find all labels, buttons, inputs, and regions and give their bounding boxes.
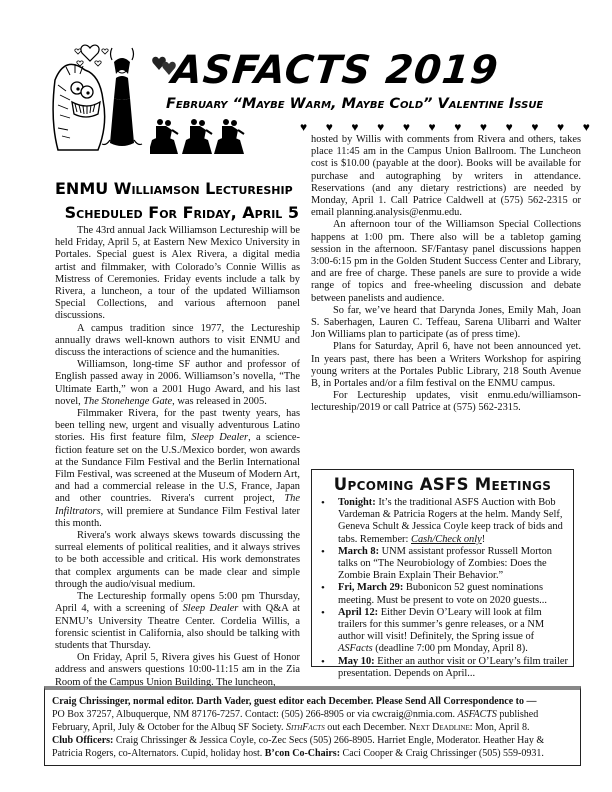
- article-paragraph: Plans for Saturday, April 6, have not be…: [311, 341, 581, 390]
- heart-icon: ♥: [351, 120, 358, 135]
- footer-line-3: February, April, July & October for the …: [52, 721, 574, 734]
- editor-credits: Craig Chrissinger, normal editor. Darth …: [52, 696, 537, 707]
- heart-icon: ♥: [531, 120, 538, 135]
- footer-line-2: PO Box 37257, Albuquerque, NM 87176-7257…: [52, 708, 574, 721]
- article-paragraph: An afternoon tour of the Williamson Spec…: [311, 219, 581, 304]
- article-paragraph: Williamson, long-time SF author and prof…: [55, 359, 300, 408]
- article-paragraph: On Friday, April 5, Rivera gives his Gue…: [55, 652, 300, 689]
- heart-icon: ♥: [326, 120, 333, 135]
- article-paragraph: A campus tradition since 1977, the Lectu…: [55, 323, 300, 360]
- issue-subtitle: February “Maybe Warm, Maybe Cold” Valent…: [166, 96, 543, 112]
- bcon-cochairs-label: B’con Co-Chairs:: [265, 748, 340, 759]
- publication-name: ASFACTS: [458, 709, 497, 720]
- heart-icon: ♥: [480, 120, 487, 135]
- meeting-item: April 12: Either Devin O’Leary will look…: [338, 607, 569, 656]
- article-paragraph: Filmmaker Rivera, for the past twenty ye…: [55, 408, 300, 530]
- monster-and-vamp-cartoon-icon: [50, 40, 150, 152]
- meeting-date: Tonight:: [338, 497, 376, 508]
- upcoming-meetings-box: Upcoming ASFS Meetings Tonight: It’s the…: [311, 469, 574, 667]
- meetings-title: Upcoming ASFS Meetings: [316, 475, 569, 495]
- meeting-item: Tonight: It’s the traditional ASFS Aucti…: [338, 497, 569, 546]
- article-headline: ENMU Williamson Lectureship Scheduled Fo…: [55, 177, 305, 225]
- sithfacts-name: SithFacts: [286, 722, 325, 733]
- heart-icon: ♥: [377, 120, 384, 135]
- meeting-date: Fri, March 29:: [338, 582, 403, 593]
- heart-icon: ♥: [300, 120, 307, 135]
- next-deadline-label: Next Deadline: [409, 722, 470, 733]
- next-deadline-value: : Mon, April 8.: [470, 722, 530, 733]
- meeting-item: May 10: Either an author visit or O’Lear…: [338, 656, 569, 680]
- heart-icon: ♥: [429, 120, 436, 135]
- footer-line-1: Craig Chrissinger, normal editor. Darth …: [52, 695, 574, 708]
- article-paragraph: hosted by Willis with comments from Rive…: [311, 134, 581, 219]
- article-column-left: The 43rd annual Jack Williamson Lectures…: [55, 225, 300, 689]
- heart-icon: ♥: [403, 120, 410, 135]
- headline-line-2: Scheduled For Friday, April 5: [55, 201, 305, 225]
- heart-icon: ♥: [583, 120, 590, 135]
- article-column-right: hosted by Willis with comments from Rive…: [311, 134, 581, 415]
- article-paragraph: The 43rd annual Jack Williamson Lectures…: [55, 225, 300, 323]
- dancing-couples-silhouette-icon: [150, 118, 250, 156]
- meeting-item: Fri, March 29: Bubonicon 52 guest nomina…: [338, 582, 569, 606]
- meeting-date: March 8:: [338, 546, 379, 557]
- masthead-footer-box: Craig Chrissinger, normal editor. Darth …: [44, 686, 581, 766]
- footer-line-4: Club Officers: Craig Chrissinger & Jessi…: [52, 734, 574, 747]
- meeting-item: March 8: UNM assistant professor Russell…: [338, 546, 569, 583]
- meetings-list: Tonight: It’s the traditional ASFS Aucti…: [316, 497, 569, 680]
- article-paragraph: For Lectureship updates, visit enmu.edu/…: [311, 390, 581, 414]
- heart-icon: ♥: [506, 120, 513, 135]
- meeting-date: April 12:: [338, 607, 378, 618]
- article-paragraph: Rivera's work always skews towards discu…: [55, 530, 300, 591]
- heart-icon: ♥: [557, 120, 564, 135]
- headline-line-1: ENMU Williamson Lectureship: [55, 177, 305, 201]
- article-paragraph: So far, we’ve heard that Darynda Jones, …: [311, 305, 581, 342]
- meeting-date: May 10:: [338, 656, 375, 667]
- masthead-title: ASFACTS 2019: [170, 48, 501, 93]
- article-paragraph: The Lectureship formally opens 5:00 pm T…: [55, 591, 300, 652]
- heart-divider-row: ♥ ♥ ♥ ♥ ♥ ♥ ♥ ♥ ♥ ♥ ♥ ♥: [300, 120, 590, 135]
- footer-line-5: Patricia Rogers, co-Alternators. Cupid, …: [52, 747, 574, 760]
- heart-icon: ♥: [454, 120, 461, 135]
- club-officers-label: Club Officers:: [52, 735, 113, 746]
